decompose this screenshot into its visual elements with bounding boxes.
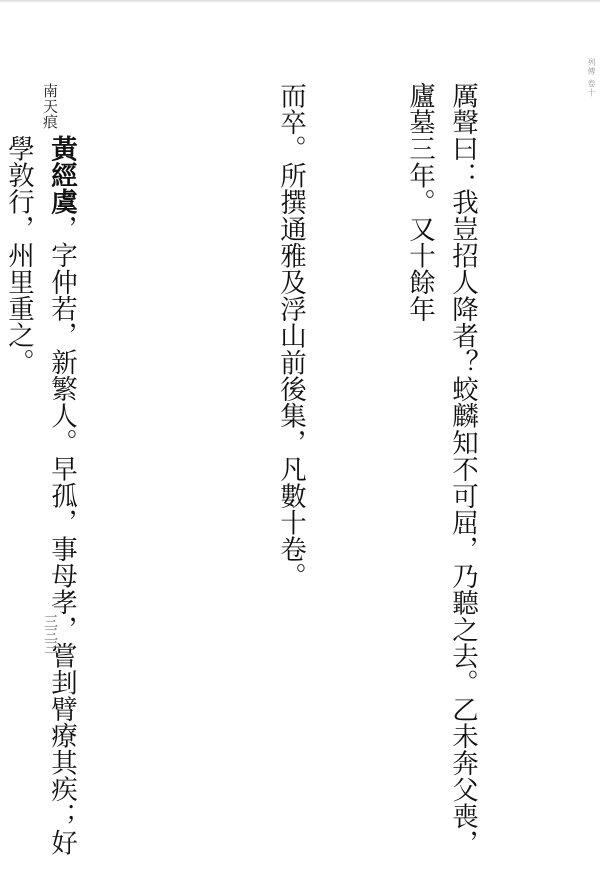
page-top-edge: [0, 0, 600, 3]
text-column-first: 黃經虞，字仲若，新繁人。早孤，事母孝，嘗刲臂療其疾；好學敦行，州里重之。: [0, 82, 83, 862]
running-title: 南天痕: [42, 83, 58, 130]
faded-running-header: 列傳 卷十: [586, 58, 596, 238]
text-column: 厲聲曰：我豈招人降者？蛟麟知不可屈，乃聽之去。乙未奔父喪，廬墓三年。又十餘年: [398, 82, 484, 862]
document-body: 厲聲曰：我豈招人降者？蛟麟知不可屈，乃聽之去。乙未奔父喪，廬墓三年。又十餘年 而…: [0, 82, 570, 862]
text-column: 而卒。所撰通雅及浮山前後集，凡數十卷。: [269, 82, 312, 862]
entry-first-line: ，字仲若，新繁人。早孤，事母孝，嘗刲臂療其疾；好學敦行，州里重之。: [3, 135, 77, 856]
paragraph-gap: [169, 82, 183, 862]
previous-entry-paragraph: 厲聲曰：我豈招人降者？蛟麟知不可屈，乃聽之去。乙未奔父喪，廬墓三年。又十餘年 而…: [183, 82, 570, 862]
page-number: 三三三: [42, 614, 58, 653]
entry-paragraph: 黃經虞，字仲若，新繁人。早孤，事母孝，嘗刲臂療其疾；好學敦行，州里重之。 崇禎己…: [0, 82, 169, 862]
entry-name-heading: 黃經虞: [46, 135, 77, 215]
